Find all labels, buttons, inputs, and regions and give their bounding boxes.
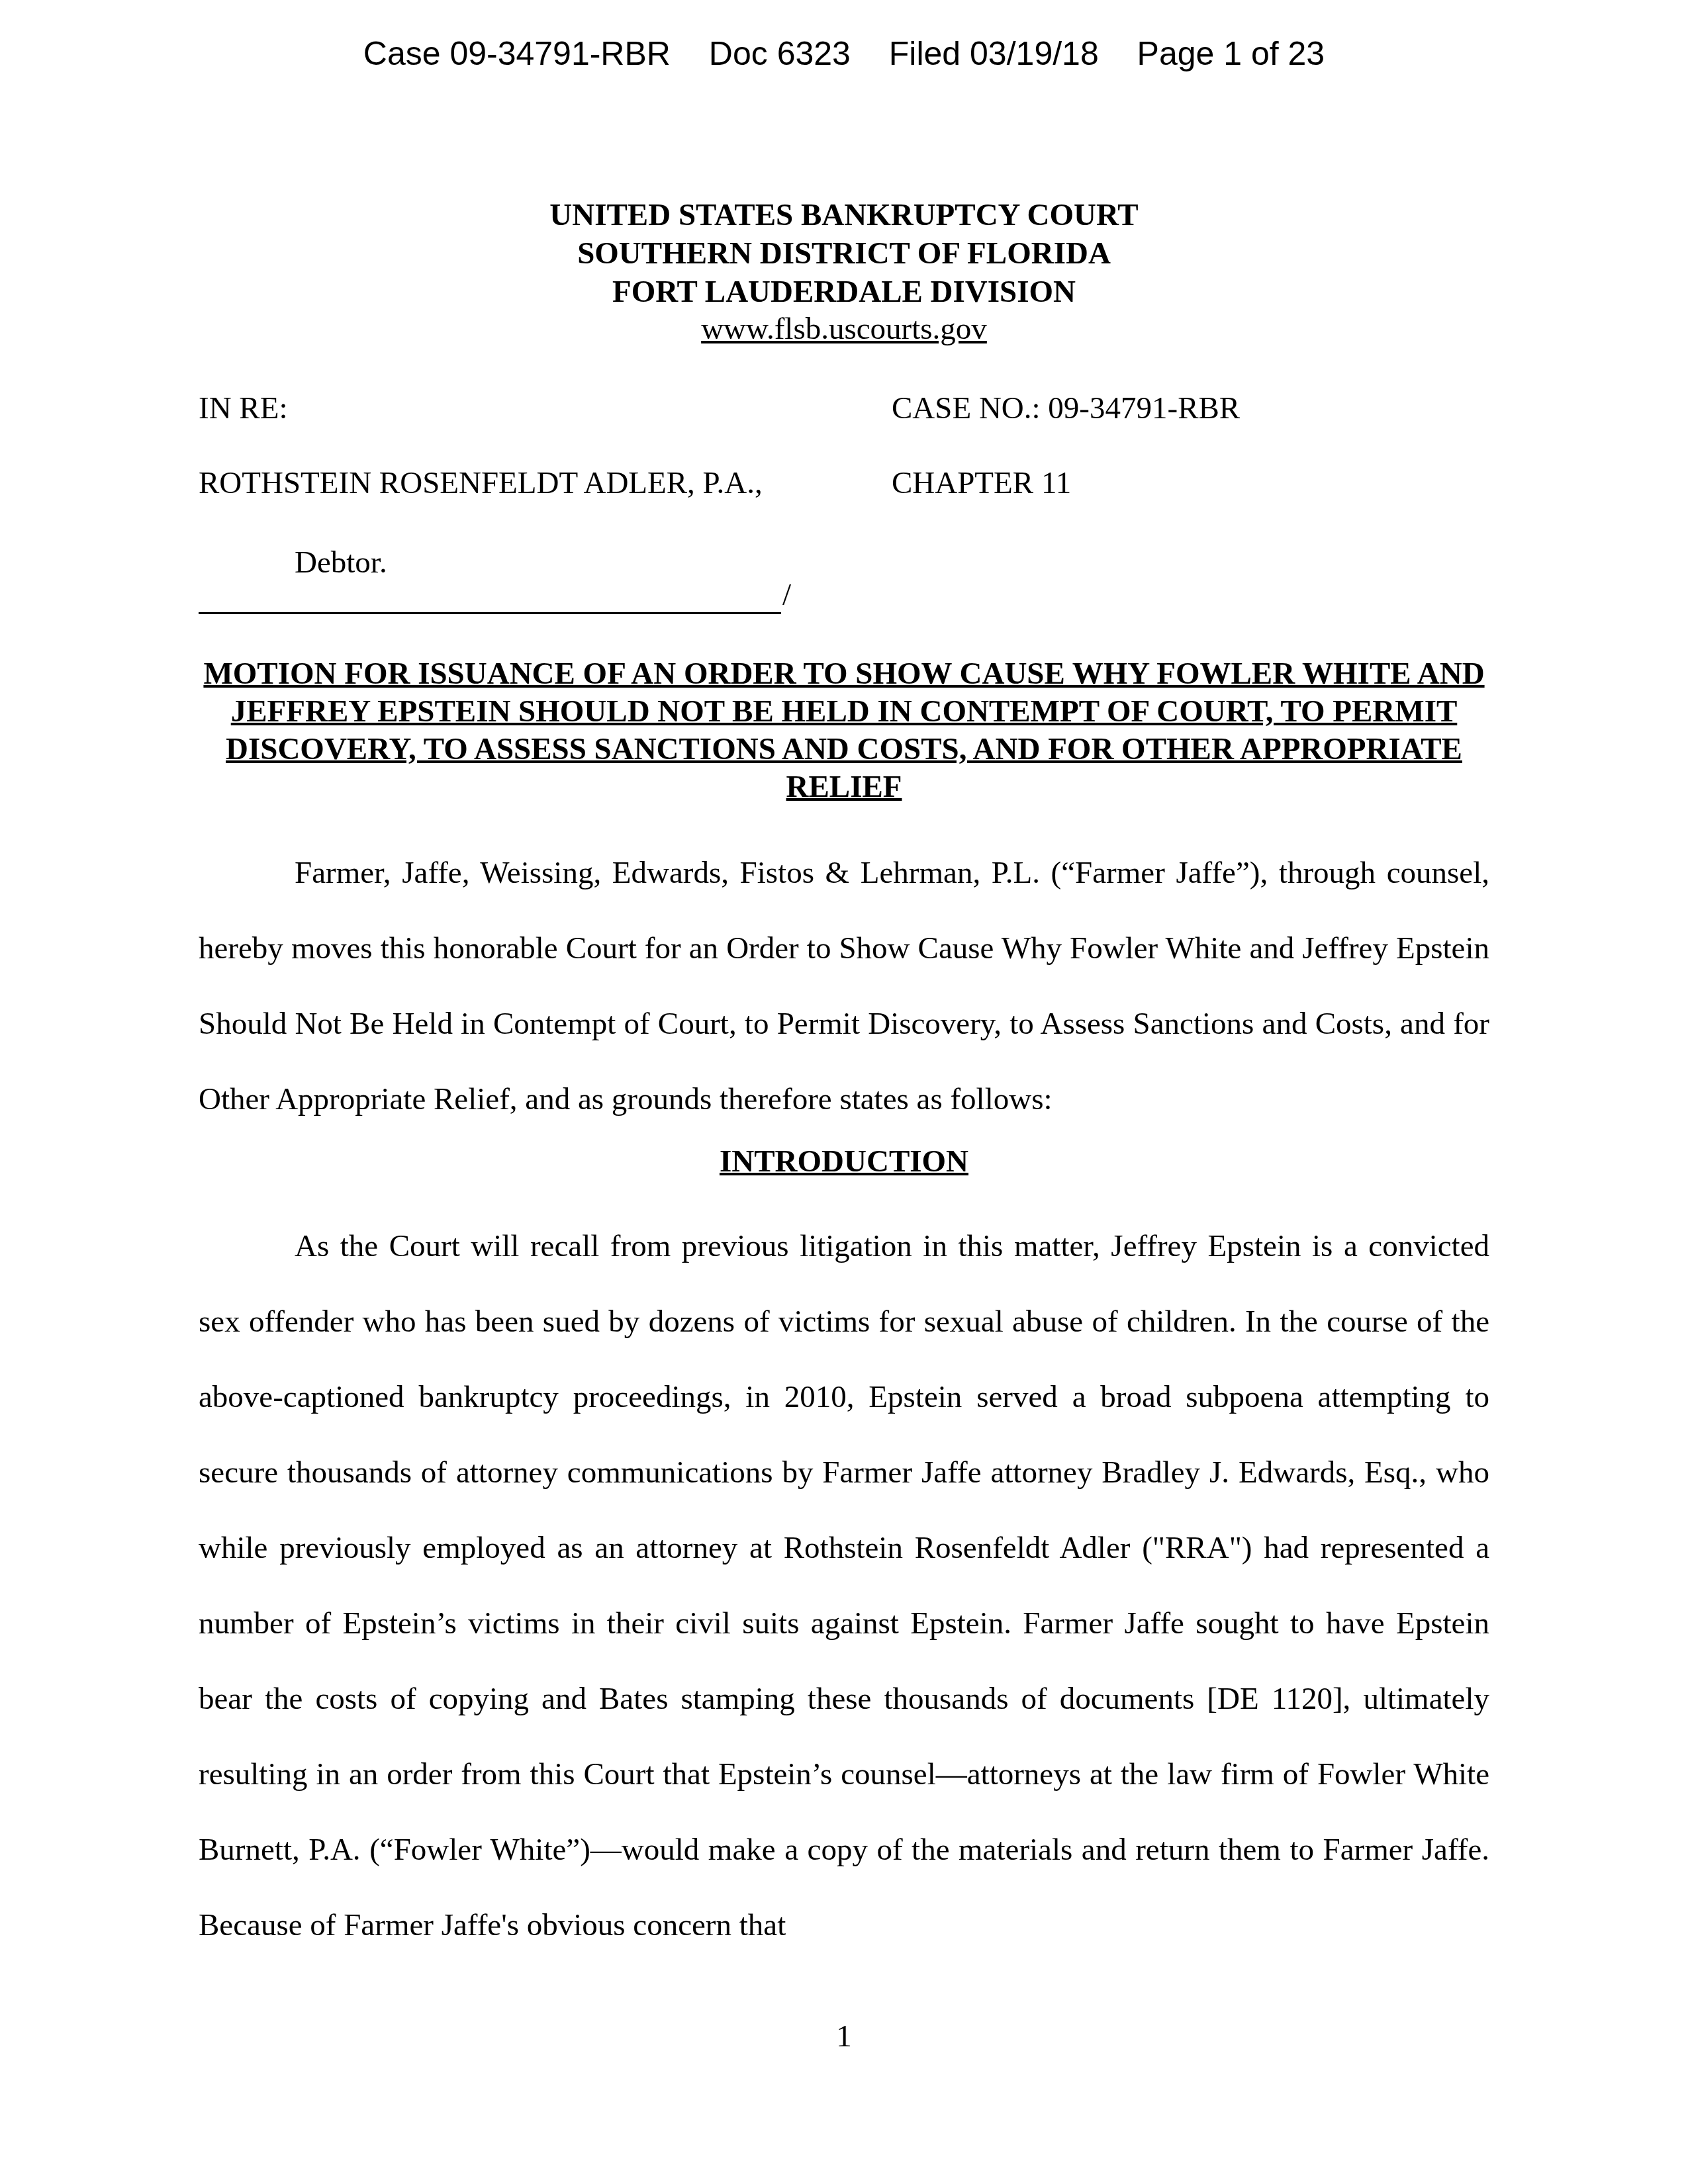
case-number: CASE NO.: 09-34791-RBR <box>892 390 1240 426</box>
court-website-link[interactable]: www.flsb.uscourts.gov <box>0 311 1688 347</box>
court-division-line: FORT LAUDERDALE DIVISION <box>0 273 1688 311</box>
doc-number-stamp: Doc 6323 <box>709 35 851 72</box>
in-re-label: IN RE: <box>199 390 287 426</box>
introduction-paragraph-block: As the Court will recall from previous l… <box>199 1208 1489 1963</box>
debtor-label: Debtor. <box>295 545 387 580</box>
debtor-name: ROTHSTEIN ROSENFELDT ADLER, P.A., <box>199 465 763 501</box>
introduction-paragraph: As the Court will recall from previous l… <box>199 1208 1489 1963</box>
filing-header: Case 09-34791-RBR Doc 6323 Filed 03/19/1… <box>0 34 1688 73</box>
court-district-line: SOUTHERN DISTRICT OF FLORIDA <box>0 234 1688 273</box>
court-name-block: UNITED STATES BANKRUPTCY COURT SOUTHERN … <box>0 196 1688 311</box>
case-number-stamp: Case 09-34791-RBR <box>363 35 671 72</box>
caption-divider <box>199 612 781 614</box>
chapter-label: CHAPTER 11 <box>892 465 1071 501</box>
page-number: 1 <box>0 2019 1688 2054</box>
page-count-stamp: Page 1 of 23 <box>1137 35 1325 72</box>
motion-title: MOTION FOR ISSUANCE OF AN ORDER TO SHOW … <box>199 655 1489 806</box>
opening-paragraph-block: Farmer, Jaffe, Weissing, Edwards, Fistos… <box>199 835 1489 1137</box>
court-name-line: UNITED STATES BANKRUPTCY COURT <box>0 196 1688 234</box>
filed-date-stamp: Filed 03/19/18 <box>889 35 1099 72</box>
caption-slash: / <box>782 577 791 613</box>
opening-paragraph: Farmer, Jaffe, Weissing, Edwards, Fistos… <box>199 835 1489 1137</box>
introduction-heading: INTRODUCTION <box>0 1144 1688 1179</box>
